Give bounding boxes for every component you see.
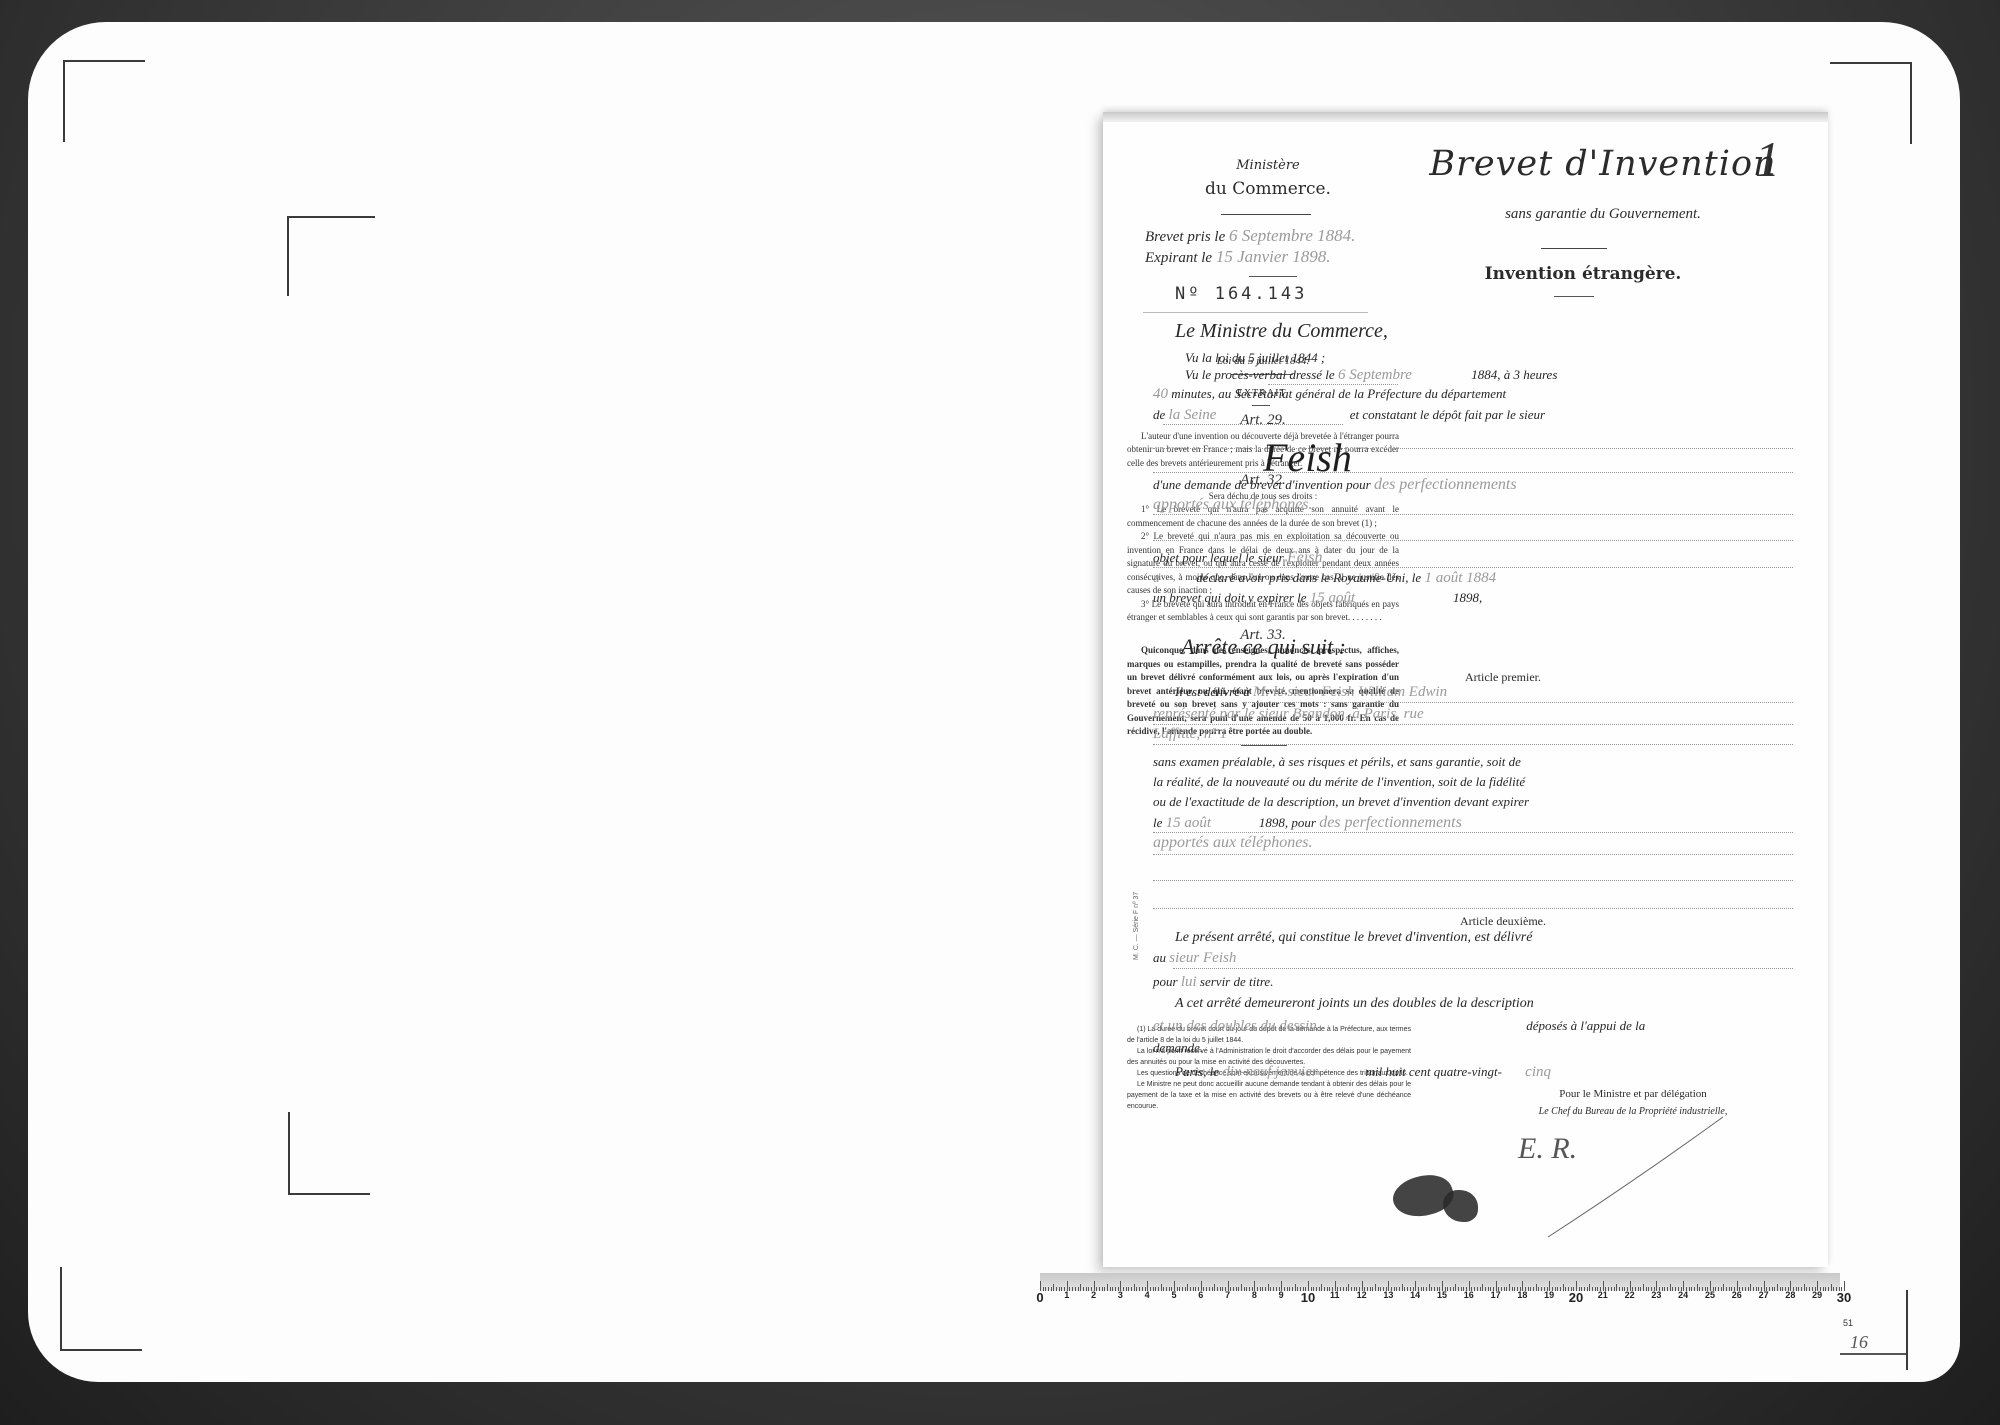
ruler-tick xyxy=(1777,1284,1778,1291)
ruler-tick xyxy=(1434,1287,1435,1291)
article1-expire-date: 15 août xyxy=(1166,815,1256,832)
declare-prefix: a xyxy=(1153,570,1193,586)
invention-category: Invention étrangère. xyxy=(1463,264,1703,284)
minutes-value: 40 xyxy=(1153,386,1168,402)
ruler-label: 21 xyxy=(1598,1290,1608,1300)
ruler-tick xyxy=(1796,1287,1797,1291)
ruler-tick xyxy=(1072,1287,1073,1291)
ruler-tick xyxy=(1059,1287,1060,1291)
ruler-tick xyxy=(1394,1287,1395,1291)
divider-extrait xyxy=(1252,405,1270,406)
ruler-label: 14 xyxy=(1410,1290,1420,1300)
ruler-label: 4 xyxy=(1145,1290,1150,1300)
ruler-tick xyxy=(1327,1287,1328,1291)
ruler-tick xyxy=(1053,1284,1054,1291)
ruler-tick xyxy=(1375,1284,1376,1291)
ruler-tick xyxy=(1640,1287,1641,1291)
minutes-text: minutes, au Secrétariat général de la Pr… xyxy=(1171,386,1506,401)
ruler-tick xyxy=(1756,1287,1757,1291)
ruler-tick xyxy=(1102,1287,1103,1291)
ruler-tick xyxy=(1169,1287,1170,1291)
ruler-tick xyxy=(1670,1284,1671,1291)
ruler-tick xyxy=(1238,1287,1239,1291)
ruler-tick xyxy=(1530,1287,1531,1291)
ruler-tick xyxy=(1061,1287,1062,1291)
ruler-tick xyxy=(1477,1287,1478,1291)
ruler-tick xyxy=(1667,1287,1668,1291)
ruler-tick xyxy=(1431,1287,1432,1291)
article2-titre-line: pour lui servir de titre. xyxy=(1153,974,1273,991)
ornament-title xyxy=(1541,248,1607,249)
fill-line xyxy=(1153,540,1793,541)
ruler-tick xyxy=(1080,1284,1081,1291)
ruler-tick xyxy=(1423,1287,1424,1291)
ruler-tick xyxy=(1069,1287,1070,1291)
ruler-tick xyxy=(1697,1284,1698,1291)
ruler-tick xyxy=(1595,1287,1596,1291)
ruler-tick xyxy=(1399,1287,1400,1291)
ruler-tick xyxy=(1458,1287,1459,1291)
ruler-tick xyxy=(1088,1287,1089,1291)
ruler-tick xyxy=(1426,1287,1427,1291)
fill-line xyxy=(1153,880,1793,881)
invention-title-2: apportés aux téléphones. xyxy=(1153,496,1313,514)
ruler-tick xyxy=(1233,1287,1234,1291)
ruler-tick xyxy=(1662,1287,1663,1291)
ruler-tick xyxy=(1501,1287,1502,1291)
ruler-tick xyxy=(1726,1287,1727,1291)
ruler-tick xyxy=(1718,1287,1719,1291)
ruler-tick xyxy=(1268,1284,1269,1291)
ruler-tick xyxy=(1565,1287,1566,1291)
fill-line xyxy=(1163,424,1343,425)
article2-title: Article deuxième. xyxy=(1403,914,1603,929)
ruler-tick xyxy=(1560,1287,1561,1291)
article2-text-3: A cet arrêté demeureront joints un des d… xyxy=(1175,996,1534,1012)
ruler-tick xyxy=(1260,1287,1261,1291)
ruler-label: 19 xyxy=(1544,1290,1554,1300)
ruler-tick xyxy=(1123,1287,1124,1291)
vu-proces-prefix: Vu le procès-verbal dressé le xyxy=(1185,367,1335,382)
ruler-tick xyxy=(1249,1287,1250,1291)
ruler-tick xyxy=(1689,1287,1690,1291)
ruler-tick xyxy=(1589,1284,1590,1291)
ruler-tick xyxy=(1450,1287,1451,1291)
article1-expire-line: le 15 août 1898, pour des perfectionneme… xyxy=(1153,814,1462,832)
crop-mark-top-left-inner xyxy=(287,216,375,296)
divider-number xyxy=(1143,312,1368,313)
ruler-tick xyxy=(1675,1287,1676,1291)
ruler-tick xyxy=(1078,1287,1079,1291)
expirant-label: Expirant le xyxy=(1145,250,1212,266)
ruler-tick xyxy=(1809,1287,1810,1291)
ruler-tick xyxy=(1257,1287,1258,1291)
ruler-tick xyxy=(1056,1287,1057,1291)
article2-text-4: déposés à l'appui de la xyxy=(1526,1018,1645,1033)
ruler-tick xyxy=(1622,1287,1623,1291)
opening-line: Le Ministre du Commerce, xyxy=(1175,320,1388,343)
signature-line1: Pour le Ministre et par délégation xyxy=(1483,1088,1783,1100)
ruler-tick xyxy=(1447,1287,1448,1291)
fill-line xyxy=(1153,567,1793,568)
vu-loi-line: Vu la loi du 5 juillet 1844 ; xyxy=(1185,350,1325,366)
ruler-tick xyxy=(1715,1287,1716,1291)
ink-stain xyxy=(1443,1190,1478,1222)
ruler-tick xyxy=(1833,1287,1834,1291)
date-prefix: Paris, le xyxy=(1175,1064,1219,1079)
ruler-label: 15 xyxy=(1437,1290,1447,1300)
ruler-tick xyxy=(1321,1284,1322,1291)
ruler-label: 5 xyxy=(1171,1290,1176,1300)
ruler-label: 12 xyxy=(1357,1290,1367,1300)
ruler-tick xyxy=(1241,1284,1242,1291)
ruler-tick xyxy=(1354,1287,1355,1291)
article2-recipient-line: au sieur Feish xyxy=(1153,950,1236,967)
ruler-tick xyxy=(1139,1287,1140,1291)
ruler-tick xyxy=(1533,1287,1534,1291)
ruler-tick xyxy=(1110,1287,1111,1291)
ruler-tick xyxy=(1402,1284,1403,1291)
ruler-tick xyxy=(1616,1284,1617,1291)
ruler-tick xyxy=(1614,1287,1615,1291)
ruler-label: 27 xyxy=(1759,1290,1769,1300)
depot-text: et constatant le dépôt fait par le sieur xyxy=(1350,407,1545,422)
ruler-tick xyxy=(1209,1287,1210,1291)
expire-line: un brevet qui doit y expirer le 15 août … xyxy=(1153,590,1482,607)
demande-text: d'une demande de brevet d'invention pour xyxy=(1153,477,1371,492)
objet-line: objet pour lequel le sieur Feish xyxy=(1153,549,1323,567)
ruler-tick xyxy=(1723,1284,1724,1291)
ruler-tick xyxy=(1297,1287,1298,1291)
fill-line xyxy=(1243,702,1793,703)
ruler-tick xyxy=(1541,1287,1542,1291)
ruler-tick xyxy=(1742,1287,1743,1291)
article2-recipient: sieur Feish xyxy=(1169,950,1236,966)
ruler-tick xyxy=(1504,1287,1505,1291)
ruler-tick xyxy=(1166,1287,1167,1291)
ruler-tick xyxy=(1702,1287,1703,1291)
ruler-tick xyxy=(1206,1287,1207,1291)
ruler-tick xyxy=(1212,1287,1213,1291)
ruler-tick xyxy=(1276,1287,1277,1291)
ruler-tick xyxy=(1367,1287,1368,1291)
ruler-tick xyxy=(1512,1287,1513,1291)
ruler-tick xyxy=(1748,1287,1749,1291)
brevet-pris-label: Brevet pris le xyxy=(1145,229,1225,245)
fill-line xyxy=(1153,854,1793,855)
expirant-value: 15 Janvier 1898. xyxy=(1216,247,1331,266)
ruler-tick xyxy=(1421,1287,1422,1291)
expire-text: un brevet qui doit y expirer le xyxy=(1153,590,1307,605)
ruler-tick xyxy=(1825,1287,1826,1291)
fill-line xyxy=(1268,384,1398,385)
ruler-tick xyxy=(1453,1287,1454,1291)
ruler-tick xyxy=(1488,1287,1489,1291)
ruler-label: 23 xyxy=(1651,1290,1661,1300)
ruler-tick xyxy=(1348,1284,1349,1291)
ruler-tick xyxy=(1083,1287,1084,1291)
ruler-tick xyxy=(1482,1284,1483,1291)
ruler-tick xyxy=(1340,1287,1341,1291)
ruler-tick xyxy=(1134,1284,1135,1291)
article1-text-2: la réalité, de la nouveauté ou du mérite… xyxy=(1153,774,1525,790)
article2-prefix: au xyxy=(1153,950,1166,965)
ruler-tick xyxy=(1155,1287,1156,1291)
crop-mark-bottom-left-outer xyxy=(60,1267,142,1351)
ruler-tick xyxy=(1370,1287,1371,1291)
article1-line: Il est délivré à M. le sieur Feish Willi… xyxy=(1175,684,1447,701)
article2-lui: lui xyxy=(1181,974,1197,990)
ruler-tick xyxy=(1222,1287,1223,1291)
ruler-label: 22 xyxy=(1625,1290,1635,1300)
fill-line xyxy=(1153,744,1793,745)
ruler-tick xyxy=(1179,1287,1180,1291)
ruler-tick xyxy=(1750,1284,1751,1291)
form-series-code: M. C. — Série F nº 37 xyxy=(1133,892,1140,960)
ruler-tick xyxy=(1721,1287,1722,1291)
ruler-tick xyxy=(1774,1287,1775,1291)
ruler-tick xyxy=(1346,1287,1347,1291)
ruler-tick xyxy=(1506,1287,1507,1291)
ruler-label: 8 xyxy=(1252,1290,1257,1300)
ruler-tick xyxy=(1112,1287,1113,1291)
divider-short xyxy=(1249,276,1297,277)
ruler-tick xyxy=(1563,1284,1564,1291)
ruler-tick xyxy=(1474,1287,1475,1291)
ruler-label: 11 xyxy=(1330,1290,1340,1300)
ruler-tick xyxy=(1193,1287,1194,1291)
article2-drawing: et un des doubles du dessin xyxy=(1153,1018,1523,1035)
article1-recipient: M. le sieur Feish William Edwin xyxy=(1253,684,1447,700)
signature-flourish xyxy=(1543,1112,1733,1242)
department-value: la Seine xyxy=(1169,407,1347,424)
ruler-tick xyxy=(1273,1287,1274,1291)
ruler-tick xyxy=(1514,1287,1515,1291)
ruler-tick xyxy=(1638,1287,1639,1291)
ruler-tick xyxy=(1265,1287,1266,1291)
ornament-divider xyxy=(1221,214,1311,215)
article1-expire-year: 1898 xyxy=(1259,815,1285,830)
ruler-tick xyxy=(1691,1287,1692,1291)
ruler-tick xyxy=(1753,1287,1754,1291)
ruler-tick xyxy=(1099,1287,1100,1291)
ruler-tick xyxy=(1555,1287,1556,1291)
date-text: mil huit cent quatre-vingt- xyxy=(1366,1064,1502,1079)
ruler-tick xyxy=(1284,1287,1285,1291)
ruler-tick xyxy=(1220,1287,1221,1291)
ruler-tick xyxy=(1587,1287,1588,1291)
measurement-ruler xyxy=(1040,1273,1840,1291)
ruler-tick xyxy=(1150,1287,1151,1291)
ruler-tick xyxy=(1806,1287,1807,1291)
ruler-tick xyxy=(1782,1287,1783,1291)
ruler-tick xyxy=(1177,1287,1178,1291)
fill-line xyxy=(1173,968,1793,969)
expire-year: 1898, xyxy=(1453,590,1482,605)
ruler-tick xyxy=(1584,1287,1585,1291)
ruler-tick xyxy=(1048,1287,1049,1291)
ruler-label: 16 xyxy=(1464,1290,1474,1300)
article1-invention-2: apportés aux téléphones. xyxy=(1153,834,1313,852)
article2-titre: servir de titre. xyxy=(1200,974,1274,989)
article1-invention-1: des perfectionnements xyxy=(1319,814,1462,831)
ruler-tick xyxy=(1485,1287,1486,1291)
date-line: Paris, le dix-neuf janvier mil huit cent… xyxy=(1175,1064,1551,1081)
ruler-label: 1 xyxy=(1064,1290,1069,1300)
ruler-tick xyxy=(1203,1287,1204,1291)
ruler-tick xyxy=(1664,1287,1665,1291)
article1-text-3: ou de l'exactitude de la description, un… xyxy=(1153,794,1529,810)
ruler-tick xyxy=(1126,1287,1127,1291)
ruler-label: 3 xyxy=(1118,1290,1123,1300)
article2-pour: pour xyxy=(1153,974,1178,989)
brevet-pris-value: 6 Septembre 1884. xyxy=(1229,226,1355,245)
ruler-label: 13 xyxy=(1383,1290,1393,1300)
ruler-label: 10 xyxy=(1301,1290,1315,1305)
article1-expire-prefix: le xyxy=(1153,815,1162,830)
ruler-tick xyxy=(1182,1287,1183,1291)
article2-text-5: demande. xyxy=(1153,1040,1203,1056)
ruler-label: 29 xyxy=(1812,1290,1822,1300)
ruler-tick xyxy=(1128,1287,1129,1291)
brevet-pris-line: Brevet pris le 6 Septembre 1884. xyxy=(1145,226,1355,246)
ruler-tick xyxy=(1142,1287,1143,1291)
footnote-paragraph: Le Ministre ne peut donc accueillir aucu… xyxy=(1127,1079,1411,1112)
demande-line: d'une demande de brevet d'invention pour… xyxy=(1153,476,1517,494)
ruler-tick xyxy=(1699,1287,1700,1291)
ruler-tick xyxy=(1289,1287,1290,1291)
ministry-line1: Ministère xyxy=(1193,158,1343,173)
ruler-tick xyxy=(1536,1284,1537,1291)
declare-date: 1 août 1884 xyxy=(1424,570,1496,586)
ministry-line2: du Commerce. xyxy=(1173,179,1363,199)
ruler-tick xyxy=(1214,1284,1215,1291)
ruler-tick xyxy=(1104,1287,1105,1291)
objet-text: objet pour lequel le sieur xyxy=(1153,550,1284,565)
ruler-tick xyxy=(1823,1287,1824,1291)
ruler-tick xyxy=(1608,1287,1609,1291)
ruler-tick xyxy=(1745,1287,1746,1291)
ruler-tick xyxy=(1045,1287,1046,1291)
ruler-label: 9 xyxy=(1279,1290,1284,1300)
ruler-label: 2 xyxy=(1091,1290,1096,1300)
fill-line xyxy=(1153,832,1793,833)
document-subtitle: sans garantie du Gouvernement. xyxy=(1433,206,1773,223)
ruler-tick xyxy=(1316,1287,1317,1291)
ruler-tick xyxy=(1115,1287,1116,1291)
date-year: cinq xyxy=(1525,1064,1551,1080)
ruler-label: 30 xyxy=(1837,1290,1851,1305)
fill-line xyxy=(1153,448,1793,449)
crop-mark-top-right xyxy=(1830,62,1912,144)
ruler-tick xyxy=(1769,1287,1770,1291)
fill-line xyxy=(1153,724,1793,725)
article1-text-1: sans examen préalable, à ses risques et … xyxy=(1153,754,1521,770)
ruler-tick xyxy=(1592,1287,1593,1291)
vu-proces-year-hour: 1884, à 3 heures xyxy=(1471,367,1557,382)
ruler-tick xyxy=(1292,1287,1293,1291)
article1-address: Laffitte, nº 1 xyxy=(1153,726,1227,743)
ruler-tick xyxy=(1158,1287,1159,1291)
ruler-tick xyxy=(1051,1287,1052,1291)
article1-pour: pour xyxy=(1291,815,1316,830)
ruler-label: 7 xyxy=(1225,1290,1230,1300)
declare-text: déclaré avoir pris dans le Royaume-Uni, … xyxy=(1196,570,1421,585)
ruler-label: 28 xyxy=(1785,1290,1795,1300)
department-line: de la Seine et constatant le dépôt fait … xyxy=(1153,407,1545,424)
crop-mark-top-left-outer xyxy=(63,60,145,142)
ruler-tick xyxy=(1295,1284,1296,1291)
ruler-tick xyxy=(1780,1287,1781,1291)
minutes-line: 40 minutes, au Secrétariat général de la… xyxy=(1153,386,1506,403)
ruler-tick xyxy=(1619,1287,1620,1291)
ruler-tick xyxy=(1635,1287,1636,1291)
ruler-tick xyxy=(1461,1287,1462,1291)
ruler-tick xyxy=(1429,1284,1430,1291)
ruler-tick xyxy=(1455,1284,1456,1291)
ruler-tick xyxy=(1343,1287,1344,1291)
ruler-tick xyxy=(1319,1287,1320,1291)
invention-title-1: des perfectionnements xyxy=(1374,476,1517,493)
patent-number: Nº 164.143 xyxy=(1175,284,1307,304)
ruler-label: 20 xyxy=(1569,1290,1583,1305)
ruler-tick xyxy=(1230,1287,1231,1291)
arrete-heading: Arrête ce qui suit : xyxy=(1181,634,1346,660)
ruler-tick xyxy=(1404,1287,1405,1291)
ruler-tick xyxy=(1831,1284,1832,1291)
article1-representative: représenté par le sieur Brandon, à Paris… xyxy=(1153,706,1424,723)
ruler-tick xyxy=(1646,1287,1647,1291)
article2-text-1: Le présent arrêté, qui constitue le brev… xyxy=(1175,930,1532,946)
ruler-tick xyxy=(1163,1287,1164,1291)
sheet-top-edge xyxy=(1103,112,1828,122)
ruler-tick xyxy=(1798,1287,1799,1291)
ruler-label: 0 xyxy=(1036,1290,1043,1305)
ruler-tick xyxy=(1287,1287,1288,1291)
ruler-tick xyxy=(1648,1287,1649,1291)
ruler-label: 24 xyxy=(1678,1290,1688,1300)
ruler-tick xyxy=(1643,1284,1644,1291)
ruler-tick xyxy=(1772,1287,1773,1291)
crop-mark-bottom-right-line xyxy=(1840,1353,1906,1355)
ruler-tick xyxy=(1236,1287,1237,1291)
ruler-tick xyxy=(1557,1287,1558,1291)
frame-small-number: 51 xyxy=(1843,1318,1853,1328)
ruler-tick xyxy=(1086,1287,1087,1291)
ruler-tick xyxy=(1185,1287,1186,1291)
ruler-tick xyxy=(1244,1287,1245,1291)
ruler-label: 6 xyxy=(1198,1290,1203,1300)
article1-title: Article premier. xyxy=(1403,670,1603,685)
article2-desc-line: et un des doubles du dessin déposés à l'… xyxy=(1153,1018,1645,1035)
crop-mark-bottom-right xyxy=(1905,1290,1908,1370)
ruler-tick xyxy=(1509,1284,1510,1291)
objet-name: Feish xyxy=(1287,549,1323,566)
ruler-tick xyxy=(1262,1287,1263,1291)
expirant-line: Expirant le 15 Janvier 1898. xyxy=(1145,247,1331,267)
applicant-name: Feish xyxy=(1263,434,1352,481)
ruler-tick xyxy=(1190,1287,1191,1291)
fill-line xyxy=(1153,472,1793,473)
expire-date: 15 août xyxy=(1310,590,1450,607)
ruler-tick xyxy=(1131,1287,1132,1291)
ruler-tick xyxy=(1538,1287,1539,1291)
ruler-label: 17 xyxy=(1491,1290,1501,1300)
frame-folio: 16 xyxy=(1850,1332,1868,1353)
ruler-label: 18 xyxy=(1517,1290,1527,1300)
fill-line xyxy=(1153,514,1793,515)
ruler-tick xyxy=(1096,1287,1097,1291)
